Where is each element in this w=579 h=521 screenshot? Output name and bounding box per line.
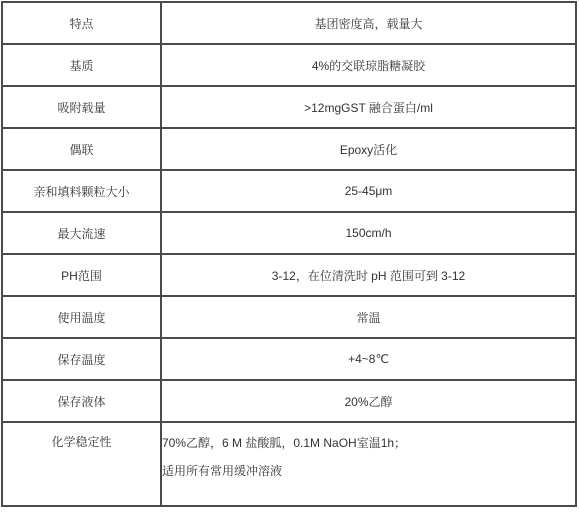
row-value: 25-45μm (161, 170, 576, 212)
specification-table: 特点 基团密度高，载量大 基质 4%的交联琼脂糖凝胶 吸附载量 >12mgGST… (1, 1, 577, 507)
table-row-max-flow-rate: 最大流速 150cm/h (2, 212, 576, 254)
row-label: 保存温度 (2, 338, 161, 380)
row-value: 20%乙醇 (161, 380, 576, 422)
table-row-storage-solution: 保存液体 20%乙醇 (2, 380, 576, 422)
table-row-storage-temperature: 保存温度 +4~8℃ (2, 338, 576, 380)
table-row-chemical-stability: 化学稳定性 70%乙醇，6 M 盐酸胍，0.1M NaOH室温1h； 适用所有常… (2, 422, 576, 506)
row-value-line: 适用所有常用缓冲溶液 (162, 457, 575, 485)
table-row-binding-capacity: 吸附载量 >12mgGST 融合蛋白/ml (2, 86, 576, 128)
row-value: 基团密度高，载量大 (161, 2, 576, 44)
row-value: 70%乙醇，6 M 盐酸胍，0.1M NaOH室温1h； 适用所有常用缓冲溶液 (161, 422, 576, 506)
row-value: 150cm/h (161, 212, 576, 254)
row-value: >12mgGST 融合蛋白/ml (161, 86, 576, 128)
table-row-working-temperature: 使用温度 常温 (2, 296, 576, 338)
row-label: PH范围 (2, 254, 161, 296)
row-label: 偶联 (2, 128, 161, 170)
row-value: 常温 (161, 296, 576, 338)
table-row-coupling: 偶联 Epoxy活化 (2, 128, 576, 170)
row-value-line: 70%乙醇，6 M 盐酸胍，0.1M NaOH室温1h； (162, 429, 575, 457)
row-value: 3-12，在位清洗时 pH 范围可到 3-12 (161, 254, 576, 296)
row-label: 化学稳定性 (2, 422, 161, 506)
row-value: +4~8℃ (161, 338, 576, 380)
table-row-feature: 特点 基团密度高，载量大 (2, 2, 576, 44)
row-value: 4%的交联琼脂糖凝胶 (161, 44, 576, 86)
table-row-matrix: 基质 4%的交联琼脂糖凝胶 (2, 44, 576, 86)
row-label: 最大流速 (2, 212, 161, 254)
row-label: 特点 (2, 2, 161, 44)
row-label: 亲和填料颗粒大小 (2, 170, 161, 212)
row-label: 保存液体 (2, 380, 161, 422)
row-label: 使用温度 (2, 296, 161, 338)
row-label: 基质 (2, 44, 161, 86)
table-row-particle-size: 亲和填料颗粒大小 25-45μm (2, 170, 576, 212)
table-row-ph-range: PH范围 3-12，在位清洗时 pH 范围可到 3-12 (2, 254, 576, 296)
row-value: Epoxy活化 (161, 128, 576, 170)
row-label: 吸附载量 (2, 86, 161, 128)
